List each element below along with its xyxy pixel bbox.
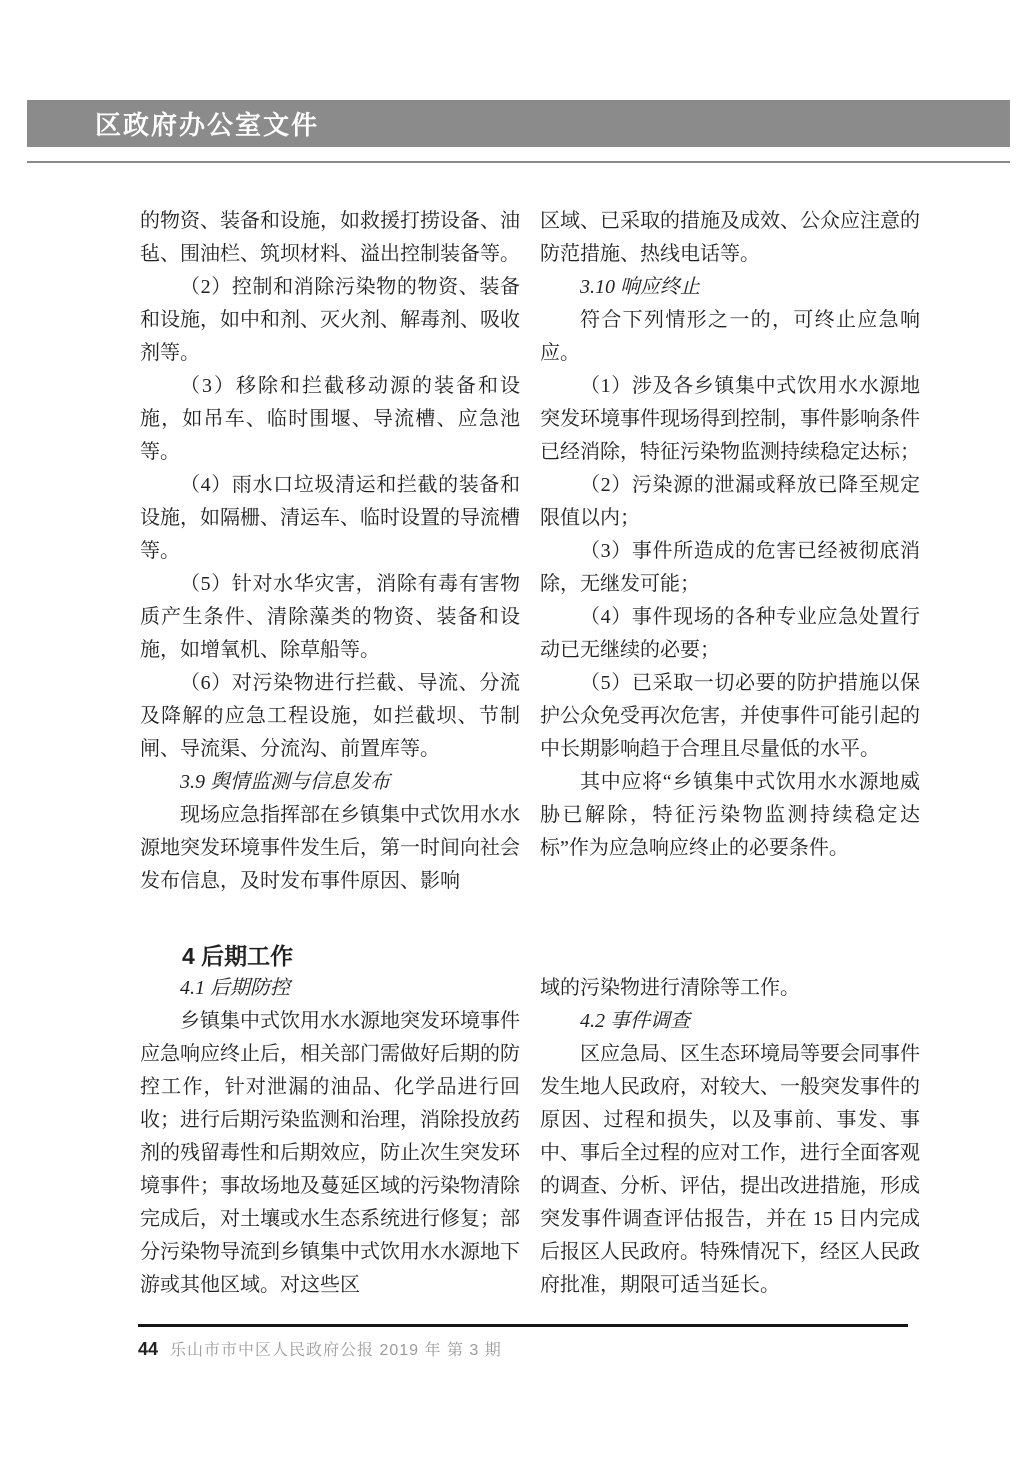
document-page: 区政府办公室文件 的物资、装备和设施，如救援打捞设备、油毡、围油栏、筑坝材料、溢… <box>0 0 1035 1465</box>
paragraph: 现场应急指挥部在乡镇集中式饮用水水源地突发环境事件发生后，第一时间向社会发布信息… <box>140 799 520 898</box>
paragraph: （5）针对水华灾害，消除有毒有害物质产生条件、清除藻类的物资、装备和设施，如增氧… <box>140 568 520 667</box>
paragraph: （5）已采取一切必要的防护措施以保护公众免受再次危害，并使事件可能引起的中长期影… <box>540 667 920 766</box>
page-number: 44 <box>138 1339 158 1360</box>
subsection-heading: 3.9 舆情监测与信息发布 <box>140 766 520 799</box>
paragraph: （6）对污染物进行拦截、导流、分流及降解的应急工程设施，如拦截坝、节制闸、导流渠… <box>140 667 520 766</box>
banner-title: 区政府办公室文件 <box>95 105 319 142</box>
subsection-heading: 4.1 后期防控 <box>140 972 520 1005</box>
header-divider <box>27 161 1010 163</box>
column-section4-right: 域的污染物进行清除等工作。4.2 事件调查区应急局、区生态环境局等要会同事件发生… <box>540 972 920 1302</box>
paragraph: （2）控制和消除污染物的物资、装备和设施，如中和剂、灭火剂、解毒剂、吸收剂等。 <box>140 271 520 370</box>
subsection-heading: 4.2 事件调查 <box>540 1005 920 1038</box>
footer-journal-text: 乐山市市中区人民政府公报 2019 年 第 3 期 <box>170 1337 502 1360</box>
paragraph: （4）雨水口垃圾清运和拦截的装备和设施，如隔栅、清运车、临时设置的导流槽等。 <box>140 469 520 568</box>
paragraph: 的物资、装备和设施，如救援打捞设备、油毡、围油栏、筑坝材料、溢出控制装备等。 <box>140 205 520 271</box>
header-banner: 区政府办公室文件 <box>27 100 1010 147</box>
subsection-heading: 3.10 响应终止 <box>540 271 920 304</box>
paragraph: 区域、已采取的措施及成效、公众应注意的防范措施、热线电话等。 <box>540 205 920 271</box>
paragraph: （3）移除和拦截移动源的装备和设施，如吊车、临时围堰、导流槽、应急池等。 <box>140 370 520 469</box>
paragraph: 符合下列情形之一的，可终止应急响应。 <box>540 304 920 370</box>
paragraph: （1）涉及各乡镇集中式饮用水水源地突发环境事件现场得到控制，事件影响条件已经消除… <box>540 370 920 469</box>
paragraph: 区应急局、区生态环境局等要会同事件发生地人民政府，对较大、一般突发事件的原因、过… <box>540 1038 920 1302</box>
paragraph: （4）事件现场的各种专业应急处置行动已无继续的必要； <box>540 601 920 667</box>
footer-divider <box>138 1324 908 1327</box>
column-section4-left: 4.1 后期防控乡镇集中式饮用水水源地突发环境事件应急响应终止后，相关部门需做好… <box>140 972 520 1302</box>
paragraph: 域的污染物进行清除等工作。 <box>540 972 920 1005</box>
paragraph: （3）事件所造成的危害已经被彻底消除，无继发可能； <box>540 535 920 601</box>
column-section3-right: 区域、已采取的措施及成效、公众应注意的防范措施、热线电话等。3.10 响应终止符… <box>540 205 920 865</box>
column-section3-left: 的物资、装备和设施，如救援打捞设备、油毡、围油栏、筑坝材料、溢出控制装备等。（2… <box>140 205 520 898</box>
paragraph: 乡镇集中式饮用水水源地突发环境事件应急响应终止后，相关部门需做好后期的防控工作，… <box>140 1005 520 1302</box>
page-footer: 44 乐山市市中区人民政府公报 2019 年 第 3 期 <box>138 1337 502 1360</box>
paragraph: 其中应将“乡镇集中式饮用水水源地威胁已解除，特征污染物监测持续稳定达标”作为应急… <box>540 766 920 865</box>
paragraph: （2）污染源的泄漏或释放已降至规定限值以内； <box>540 469 920 535</box>
section4-heading: 4 后期工作 <box>182 938 293 971</box>
